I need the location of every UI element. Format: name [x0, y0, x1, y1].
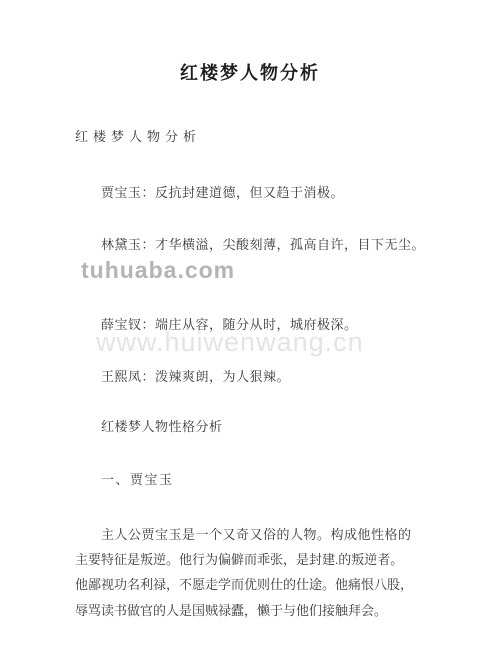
doc-line-jiabaoyu-summary: 贾宝玉：反抗封建道德，但又趋于消极。	[101, 185, 344, 201]
doc-paragraph-line-4: 辱骂读书做官的人是国贼禄蠹，懒于与他们接触拜会。	[75, 603, 387, 619]
document-page: 红楼梦人物分析 tuhuaba.com www.huiwenwang.cn 红楼…	[0, 0, 500, 648]
doc-line-wangxifeng-summary: 王熙凤：泼辣爽朗，为人狠辣。	[101, 369, 290, 385]
doc-line-lindaiyu-summary: 林黛玉：才华横溢，尖酸刻薄，孤高自许，目下无尘。	[101, 237, 425, 253]
watermark-tuhuaba: tuhuaba.com	[81, 257, 235, 284]
doc-paragraph-line-2: 主要特征是叛逆。他行为偏僻而乖张，是封建.的叛逆者。	[75, 552, 403, 568]
doc-subsection-heading: 一、贾宝玉	[101, 472, 174, 488]
doc-paragraph-line-3: 他鄙视功名利禄，不愿走学而优则仕的仕途。他痛恨八股，	[75, 577, 413, 593]
doc-line-xuebaochai-summary: 薛宝钗：端庄从容，随分从时，城府极深。	[101, 317, 358, 333]
doc-paragraph-line-1: 主人公贾宝玉是一个又奇又俗的人物。构成他性格的	[101, 527, 412, 543]
doc-section-heading: 红楼梦人物性格分析	[101, 419, 223, 435]
doc-subtitle-line: 红楼梦人物分析	[75, 129, 201, 145]
document-title: 红楼梦人物分析	[0, 59, 500, 85]
